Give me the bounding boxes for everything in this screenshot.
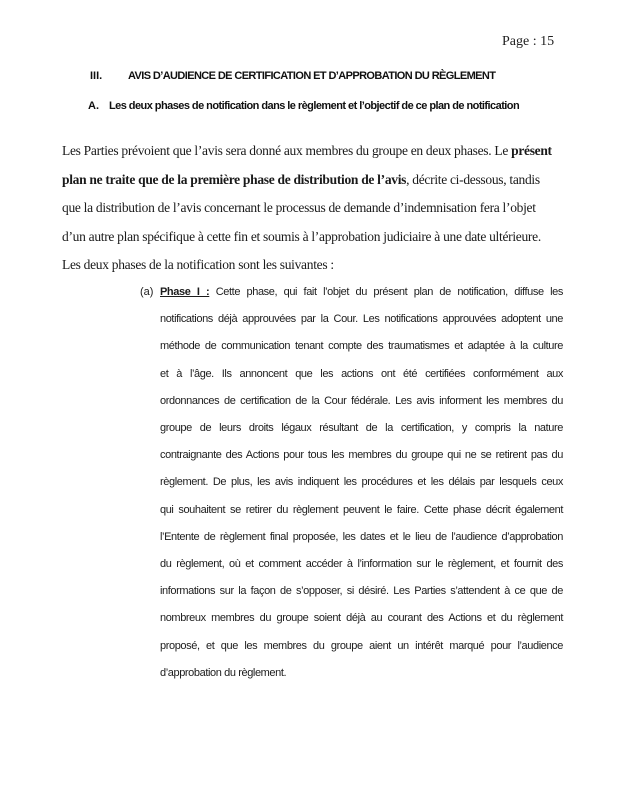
section-heading-title: AVIS D’AUDIENCE DE CERTIFICATION ET D’AP…	[128, 70, 495, 82]
text-line: Les deux phases de la notification sont …	[62, 251, 584, 280]
text-line: ordonnances de certification de la Cour …	[160, 388, 563, 415]
text-line: contraignante des Actions pour tous les …	[160, 442, 563, 469]
text-segment: et à l’âge. Ils annoncent que les action…	[160, 368, 563, 380]
text-line: et à l’âge. Ils annoncent que les action…	[160, 361, 563, 388]
text-line: l’Entente de règlement final proposée, l…	[160, 524, 563, 551]
text-line: d’un autre plan spécifique à cette fin e…	[62, 223, 584, 252]
text-segment: que la distribution de l’avis concernant…	[62, 200, 536, 215]
text-segment: groupe de leurs droits légaux résultant …	[160, 422, 563, 434]
text-segment: proposé, et que les membres du groupe ai…	[160, 640, 563, 652]
subsection-heading-marker: A.	[88, 100, 109, 112]
text-line: informations sur la façon de s’opposer, …	[160, 578, 563, 605]
document-page: Page : 15 III. AVIS D’AUDIENCE DE CERTIF…	[0, 0, 623, 807]
text-line: d’approbation du règlement.	[160, 660, 563, 687]
section-heading: III. AVIS D’AUDIENCE DE CERTIFICATION ET…	[90, 70, 495, 82]
section-heading-marker: III.	[90, 70, 128, 82]
text-segment: Phase I :	[160, 286, 209, 298]
text-line: proposé, et que les membres du groupe ai…	[160, 633, 563, 660]
text-line: Phase I : Cette phase, qui fait l’objet …	[160, 279, 563, 306]
text-line: nombreux membres du groupe soient déjà a…	[160, 605, 563, 632]
text-segment: contraignante des Actions pour tous les …	[160, 449, 563, 461]
text-line: méthode de communication tenant compte d…	[160, 333, 563, 360]
list-item-marker: (a)	[140, 279, 153, 306]
page-number: Page : 15	[502, 34, 554, 50]
text-segment: d’un autre plan spécifique à cette fin e…	[62, 229, 541, 244]
text-segment: règlement. De plus, les avis indiquent l…	[160, 476, 563, 488]
phase1-list-item: Phase I : Cette phase, qui fait l’objet …	[160, 279, 563, 687]
text-line: notifications déjà approuvées par la Cou…	[160, 306, 563, 333]
text-segment: notifications déjà approuvées par la Cou…	[160, 313, 563, 325]
text-segment: méthode de communication tenant compte d…	[160, 340, 563, 352]
subsection-heading-title: Les deux phases de notification dans le …	[109, 100, 519, 112]
intro-paragraph: Les Parties prévoient que l’avis sera do…	[62, 137, 584, 280]
text-line: Les Parties prévoient que l’avis sera do…	[62, 137, 584, 166]
text-line: règlement. De plus, les avis indiquent l…	[160, 469, 563, 496]
text-segment: , décrite ci-dessous, tandis	[406, 172, 540, 187]
subsection-heading: A. Les deux phases de notification dans …	[88, 100, 519, 112]
text-segment: qui souhaitent se retirer du règlement p…	[160, 504, 563, 516]
text-line: du règlement, où et comment accéder à l’…	[160, 551, 563, 578]
text-line: plan ne traite que de la première phase …	[62, 166, 584, 195]
text-segment: informations sur la façon de s’opposer, …	[160, 585, 563, 597]
text-segment: Les Parties prévoient que l’avis sera do…	[62, 143, 511, 158]
text-segment: d’approbation du règlement.	[160, 667, 286, 679]
text-segment: Cette phase, qui fait l’objet du présent…	[209, 286, 563, 298]
text-line: groupe de leurs droits légaux résultant …	[160, 415, 563, 442]
text-segment: plan ne traite que de la première phase …	[62, 172, 406, 187]
text-segment: présent	[511, 143, 552, 158]
text-segment: du règlement, où et comment accéder à l’…	[160, 558, 563, 570]
text-line: que la distribution de l’avis concernant…	[62, 194, 584, 223]
text-segment: l’Entente de règlement final proposée, l…	[160, 531, 563, 543]
text-segment: ordonnances de certification de la Cour …	[160, 395, 563, 407]
text-segment: Les deux phases de la notification sont …	[62, 257, 334, 272]
text-segment: nombreux membres du groupe soient déjà a…	[160, 612, 563, 624]
text-line: qui souhaitent se retirer du règlement p…	[160, 497, 563, 524]
